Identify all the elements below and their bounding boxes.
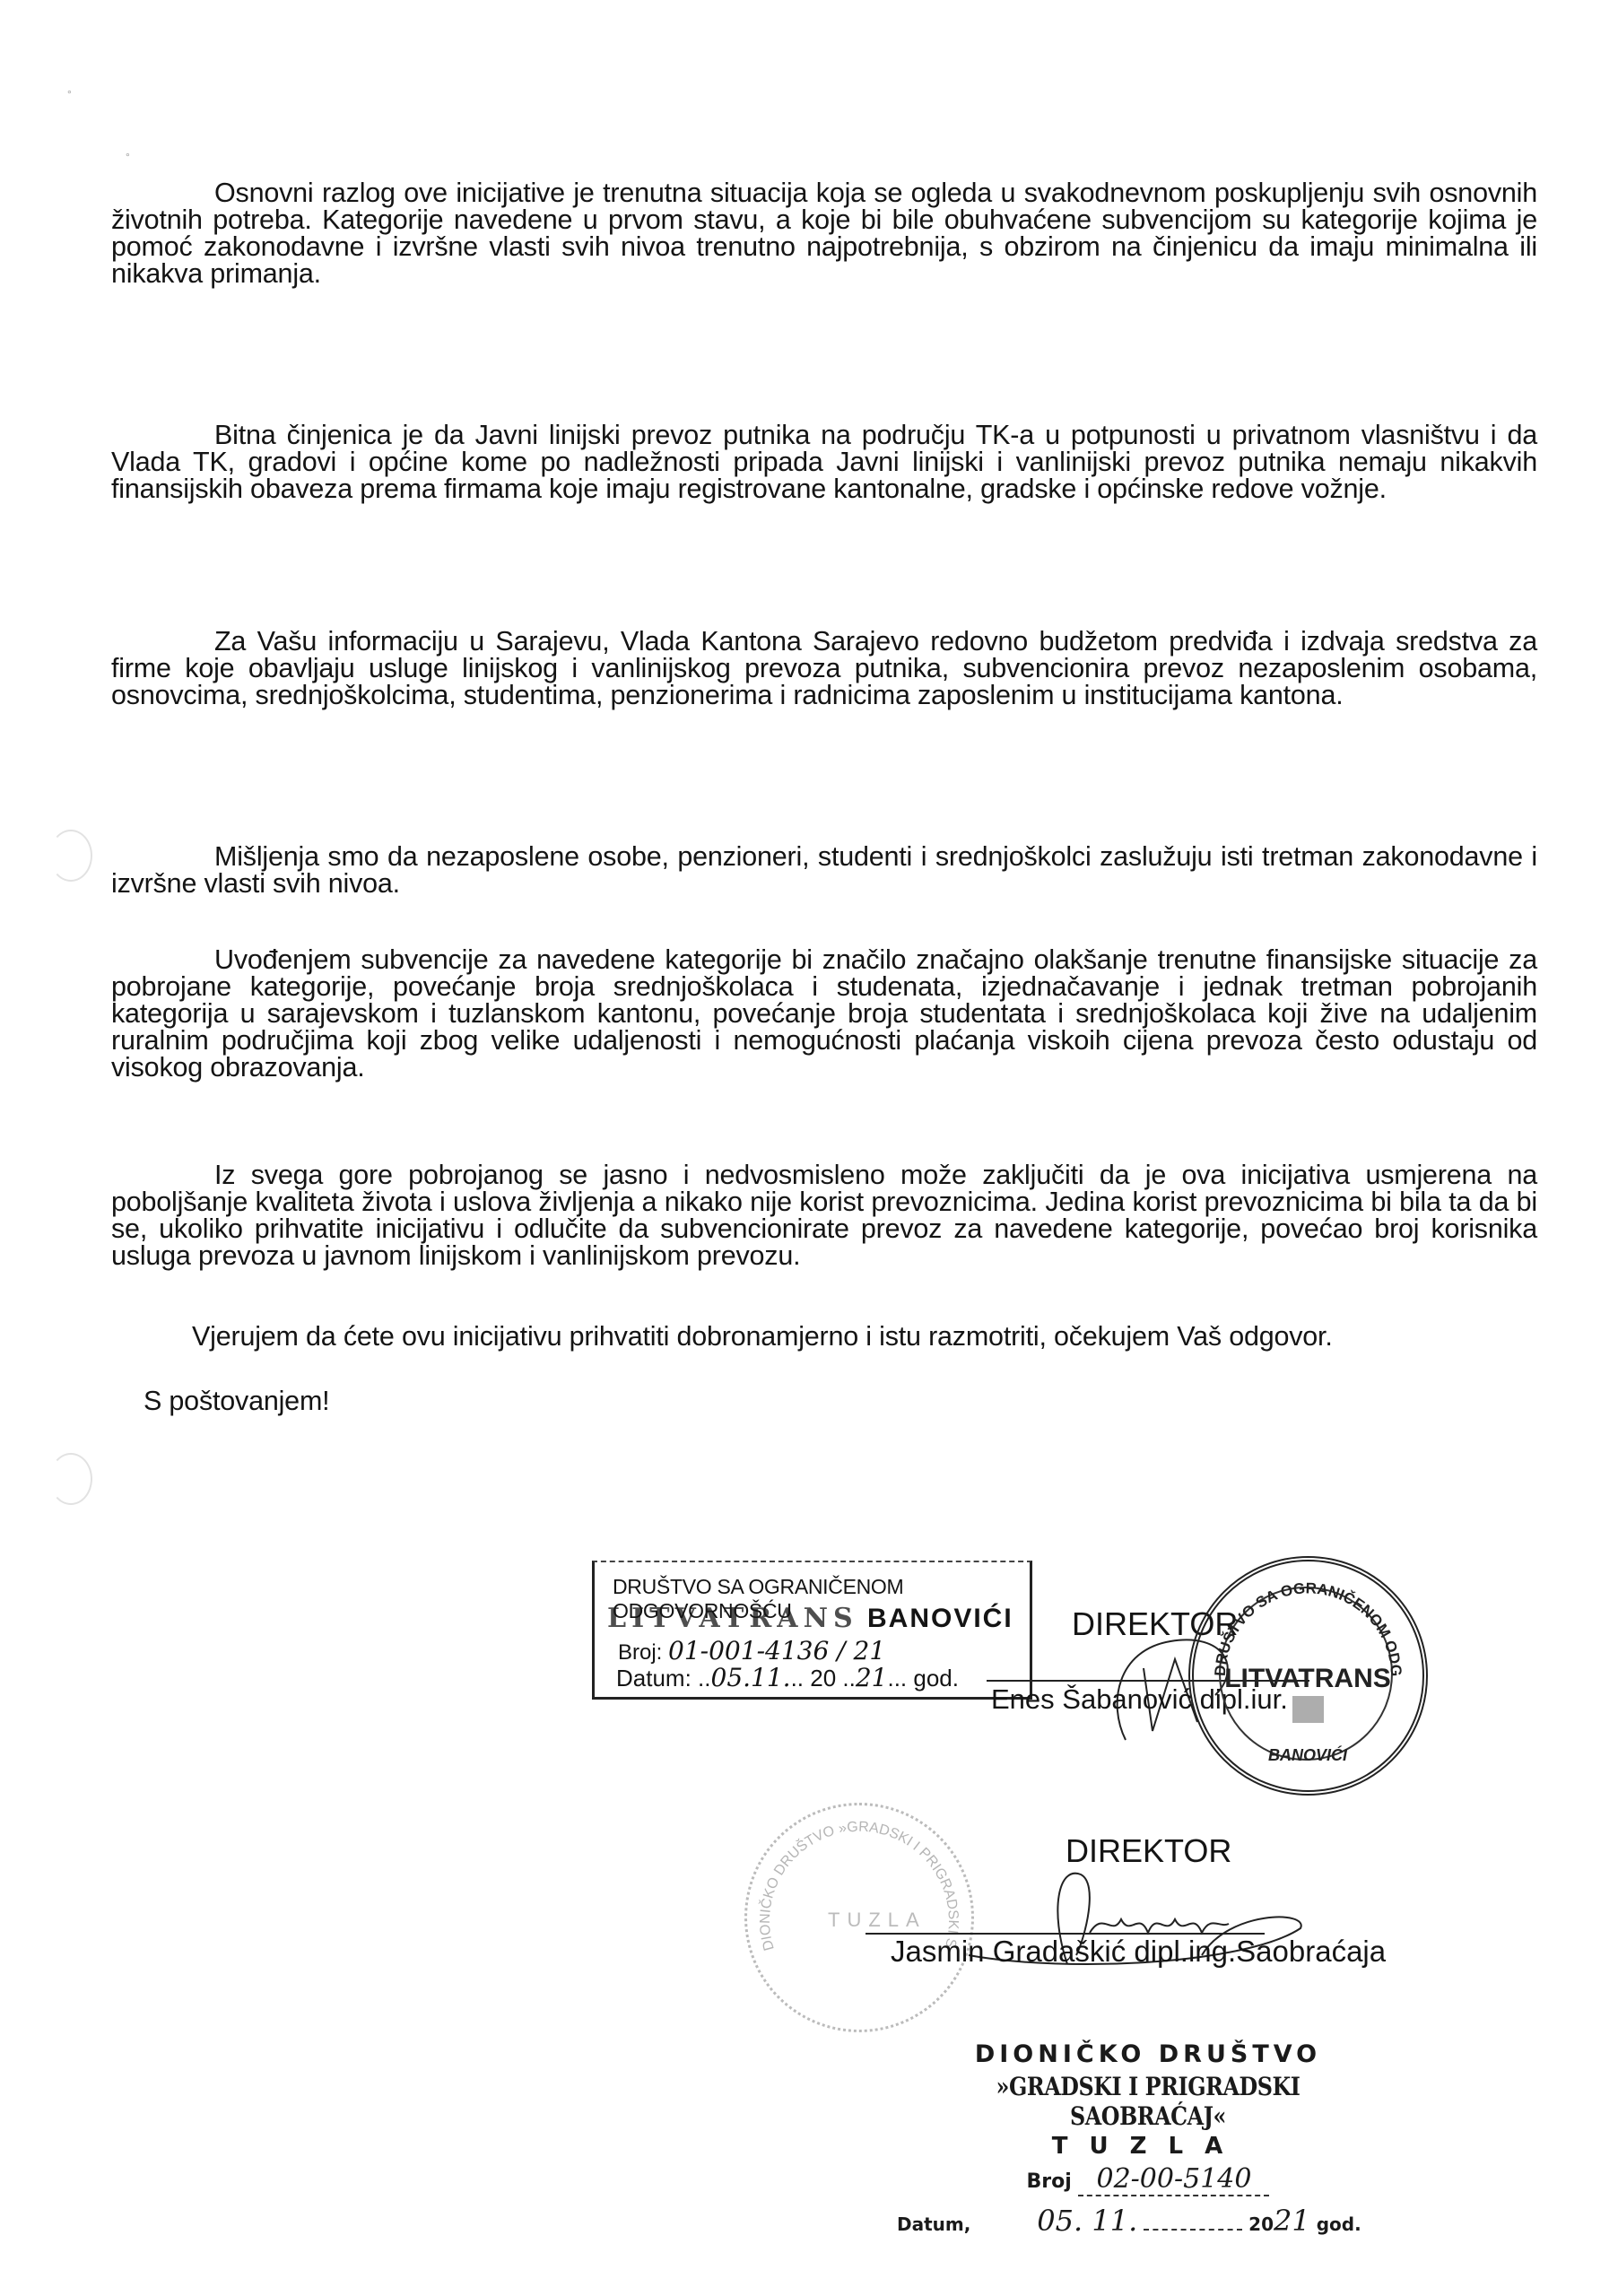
paragraph-reason: Osnovni razlog ove inicijative je trenut…	[111, 179, 1537, 287]
stamp-date: 05. 11.	[1037, 2204, 1137, 2238]
seal-outer-text: DRUŠTVO SA OGRANIČENOM ODGOVORNOŠĆU	[1194, 1561, 1405, 1677]
seal-center-text: LITVATRANS	[1224, 1664, 1391, 1693]
stamp-city: BANOVIĆI	[867, 1604, 1013, 1633]
punch-hole-mark	[49, 1453, 92, 1505]
paragraph-sarajevo: Za Vašu informaciju u Sarajevu, Vlada Ka…	[111, 628, 1537, 709]
registry-stamp-gradski-saobracaj: DIONIČKO DRUŠTVO »GRADSKI I PRIGRADSKI S…	[897, 2040, 1399, 2238]
paragraph-opinion: Mišljenja smo da nezaposlene osobe, penz…	[111, 843, 1537, 897]
round-seal-litvatrans: DRUŠTVO SA OGRANIČENOM ODGOVORNOŠĆU LITV…	[1188, 1556, 1428, 1796]
document-page: ° ° Osnovni razlog ove inicijative je tr…	[0, 0, 1618, 2296]
closing: S poštovanjem!	[144, 1387, 1570, 1414]
stamp-company: LITVATRANS	[607, 1603, 858, 1634]
svg-text:DRUŠTVO SA OGRANIČENOM ODGOVOR: DRUŠTVO SA OGRANIČENOM ODGOVORNOŠĆU	[1194, 1561, 1405, 1677]
seal-bottom-text: BANOVIĆI	[1268, 1745, 1348, 1764]
paragraph-ownership: Bitna činjenica je da Javni linijski pre…	[111, 422, 1537, 502]
scan-speck: °	[126, 151, 130, 163]
stamp-date: 05.11.	[711, 1663, 791, 1692]
scan-speck: °	[67, 88, 72, 100]
paragraph-request: Vjerujem da ćete ovu inicijativu prihvat…	[111, 1323, 1537, 1350]
signatory-2-name: Jasmin Gradaškić dipl.ing.Saobraćaja	[891, 1935, 1386, 1969]
paragraph-conclusion: Iz svega gore pobrojanog se jasno i nedv…	[111, 1161, 1537, 1269]
stamp-number: 01-001-4136 / 21	[668, 1636, 885, 1665]
punch-hole-mark	[49, 830, 92, 882]
registry-stamp-litvatrans: DRUŠTVO SA OGRANIČENOM ODGOVORNOŠĆU LITV…	[592, 1561, 1032, 1700]
paragraph-subsidy: Uvođenjem subvencije za navedene kategor…	[111, 946, 1537, 1081]
stamp-number: 02-00-5140	[1078, 2163, 1269, 2196]
